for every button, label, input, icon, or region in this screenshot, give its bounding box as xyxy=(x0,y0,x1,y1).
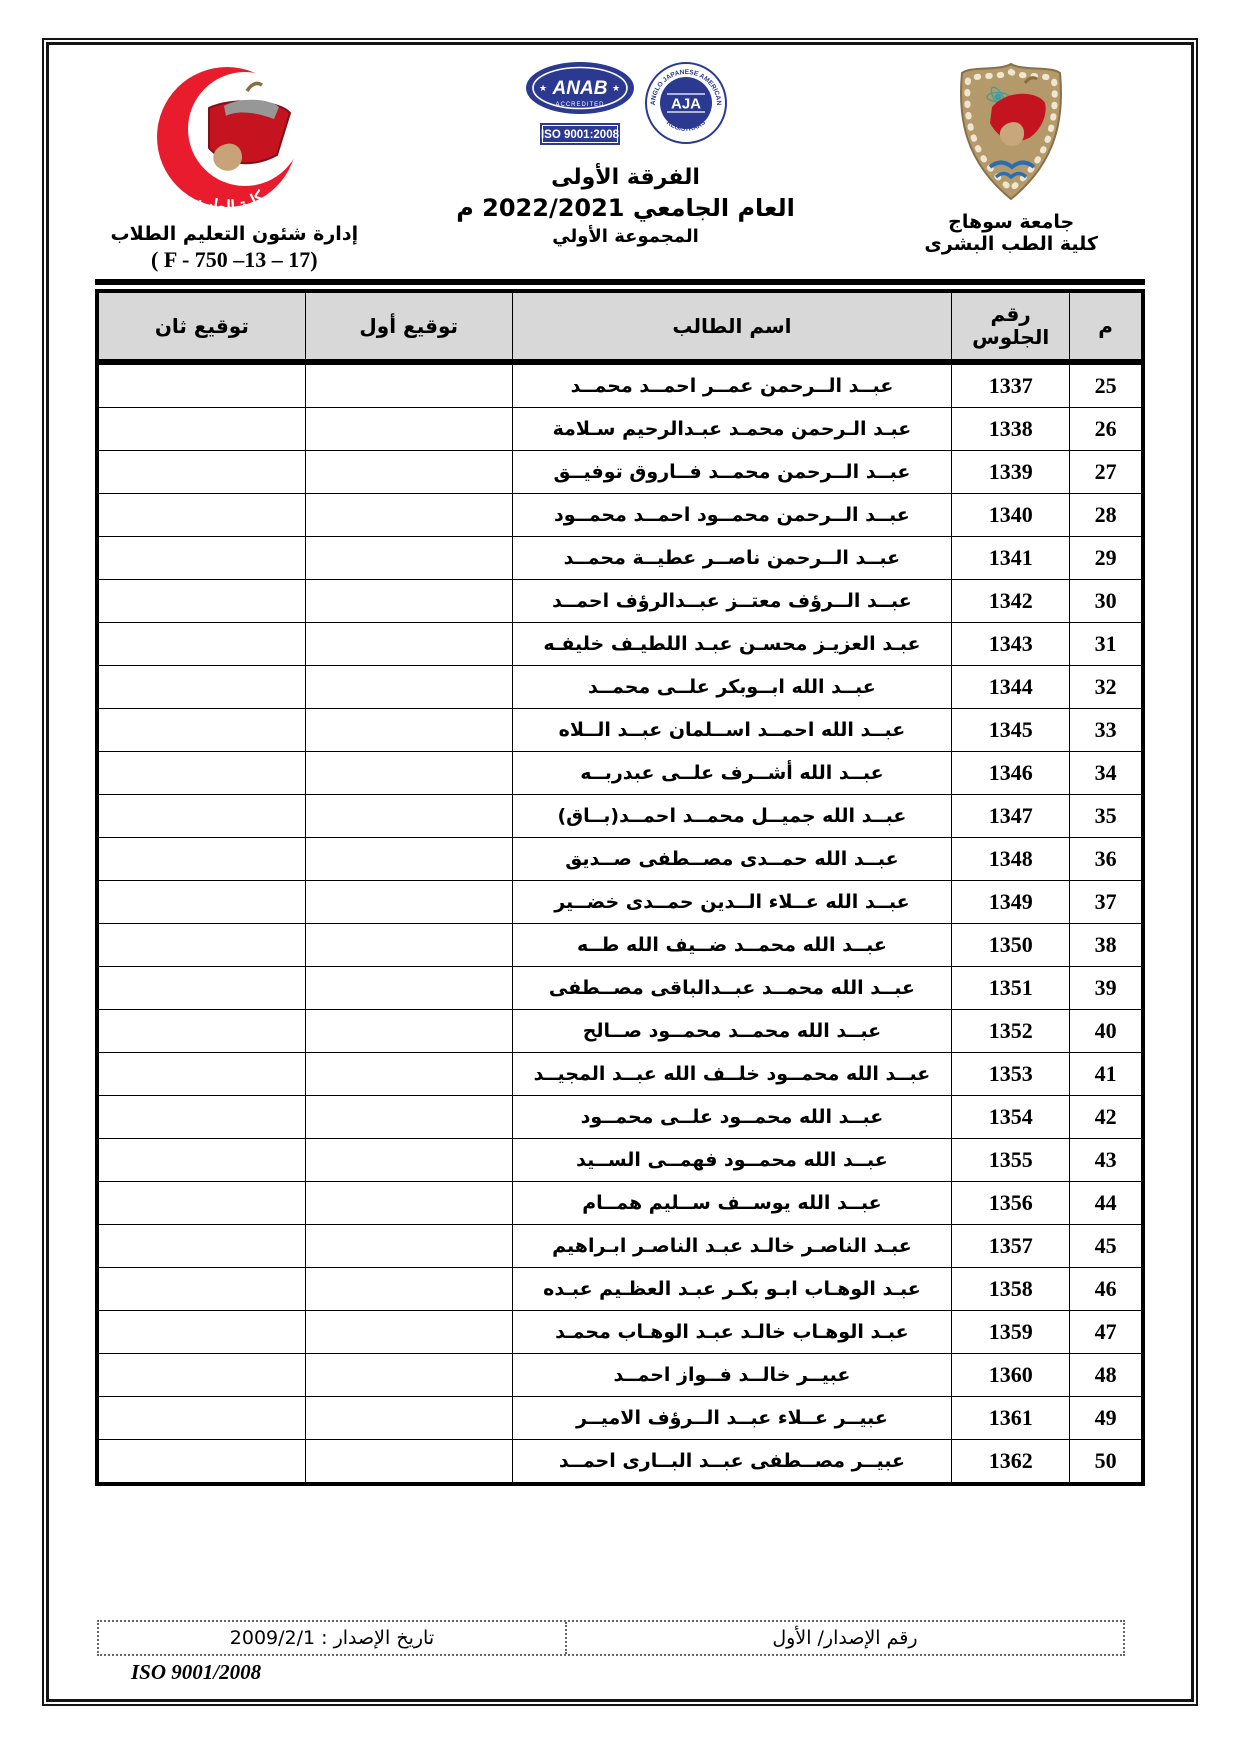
first-signature-cell xyxy=(305,1053,512,1096)
university-name: جامعة سوهاج xyxy=(851,211,1171,233)
first-signature-cell xyxy=(305,1010,512,1053)
student-name-cell: عبــد الله يوســف ســليم همــام xyxy=(512,1182,951,1225)
first-signature-cell xyxy=(305,924,512,967)
seat-number-cell: 1361 xyxy=(952,1397,1070,1440)
first-signature-cell xyxy=(305,451,512,494)
table-row: 381350عبــد الله محمــد ضــيف الله طــه xyxy=(97,924,1143,967)
seat-number-cell: 1358 xyxy=(952,1268,1070,1311)
table-row: 281340عبــد الــرحمن محمــود احمــد محمـ… xyxy=(97,494,1143,537)
table-top-rule xyxy=(95,279,1145,285)
student-name-cell: عبــد الله محمــد عبــدالباقى مصــطفى xyxy=(512,967,951,1010)
row-number-cell: 34 xyxy=(1070,752,1143,795)
first-signature-cell xyxy=(305,1096,512,1139)
student-name-cell: عبـد الوهـاب خالـد عبـد الوهـاب محمـد xyxy=(512,1311,951,1354)
row-number-cell: 33 xyxy=(1070,709,1143,752)
student-name-cell: عبيــر مصــطفى عبــد البــارى احمــد xyxy=(512,1440,951,1485)
row-number-cell: 29 xyxy=(1070,537,1143,580)
group-title: المجموعة الأولي xyxy=(400,226,852,247)
student-name-cell: عبــد الله أشــرف علــى عبدربــه xyxy=(512,752,951,795)
row-number-cell: 25 xyxy=(1070,362,1143,408)
second-signature-cell xyxy=(97,838,305,881)
seat-number-cell: 1350 xyxy=(952,924,1070,967)
first-signature-cell xyxy=(305,666,512,709)
second-signature-cell xyxy=(97,924,305,967)
aja-registrars-logo-icon: ANGLO JAPANESE AMERICAN REGISTRARS AJA xyxy=(644,61,728,145)
first-signature-cell xyxy=(305,881,512,924)
row-number-cell: 35 xyxy=(1070,795,1143,838)
row-number-cell: 42 xyxy=(1070,1096,1143,1139)
seat-number-cell: 1359 xyxy=(952,1311,1070,1354)
row-number-cell: 44 xyxy=(1070,1182,1143,1225)
faculty-crescent-logo-icon: جامعة سوهاج كلية الطب xyxy=(127,61,342,213)
seat-number-cell: 1349 xyxy=(952,881,1070,924)
table-row: 371349عبــد الله عــلاء الــدين حمــدى خ… xyxy=(97,881,1143,924)
second-signature-cell xyxy=(97,408,305,451)
seat-number-cell: 1351 xyxy=(952,967,1070,1010)
row-number-cell: 36 xyxy=(1070,838,1143,881)
first-signature-cell xyxy=(305,1225,512,1268)
issue-info-box: رقم الإصدار/ الأول تاريخ الإصدار : 2009/… xyxy=(97,1620,1125,1656)
student-name-cell: عبـد العزيـز محسـن عبـد اللطيـف خليفـه xyxy=(512,623,951,666)
first-signature-cell xyxy=(305,537,512,580)
second-signature-cell xyxy=(97,580,305,623)
second-signature-cell xyxy=(97,795,305,838)
seat-number-cell: 1357 xyxy=(952,1225,1070,1268)
row-number-cell: 47 xyxy=(1070,1311,1143,1354)
first-signature-cell xyxy=(305,623,512,666)
student-name-cell: عبـد الناصـر خالـد عبـد الناصـر ابـراهيم xyxy=(512,1225,951,1268)
student-name-cell: عبــد الله حمــدى مصــطفى صــديق xyxy=(512,838,951,881)
second-signature-cell xyxy=(97,881,305,924)
table-row: 471359عبـد الوهـاب خالـد عبـد الوهـاب مح… xyxy=(97,1311,1143,1354)
row-number-cell: 26 xyxy=(1070,408,1143,451)
second-signature-cell xyxy=(97,537,305,580)
row-number-cell: 28 xyxy=(1070,494,1143,537)
seat-number-cell: 1345 xyxy=(952,709,1070,752)
table-row: 421354عبــد الله محمــود علــى محمــود xyxy=(97,1096,1143,1139)
student-name-cell: عبـد الـرحمن محمـد عبـدالرحيم سـلامة xyxy=(512,408,951,451)
student-name-cell: عبـد الوهـاب ابـو بكـر عبـد العظـيم عبـد… xyxy=(512,1268,951,1311)
second-signature-cell xyxy=(97,1354,305,1397)
first-signature-cell xyxy=(305,838,512,881)
form-code: ( F - 750 –13 – 17) xyxy=(69,247,400,273)
seat-number-cell: 1340 xyxy=(952,494,1070,537)
seat-number-cell: 1347 xyxy=(952,795,1070,838)
second-signature-cell xyxy=(97,1440,305,1485)
table-row: 491361عبيــر عــلاء عبــد الــرؤف الاميـ… xyxy=(97,1397,1143,1440)
department-name: إدارة شئون التعليم الطلاب xyxy=(69,223,400,245)
first-signature-cell xyxy=(305,1354,512,1397)
student-name-cell: عبــد الــرؤف معتــز عبــدالرؤف احمــد xyxy=(512,580,951,623)
row-number-cell: 30 xyxy=(1070,580,1143,623)
row-number-cell: 37 xyxy=(1070,881,1143,924)
seat-number-cell: 1343 xyxy=(952,623,1070,666)
seat-number-cell: 1352 xyxy=(952,1010,1070,1053)
seat-number-cell: 1356 xyxy=(952,1182,1070,1225)
student-name-cell: عبــد الــرحمن عمــر احمــد محمــد xyxy=(512,362,951,408)
seat-number-cell: 1337 xyxy=(952,362,1070,408)
student-table-body: 251337عبــد الــرحمن عمــر احمــد محمــد… xyxy=(97,362,1143,1484)
second-signature-cell xyxy=(97,1053,305,1096)
issue-number: رقم الإصدار/ الأول xyxy=(565,1622,1123,1654)
table-row: 301342عبــد الــرؤف معتــز عبــدالرؤف اح… xyxy=(97,580,1143,623)
academic-year-title: العام الجامعي 2022/2021 م xyxy=(400,194,852,222)
student-name-cell: عبــد الله محمــود فهمــى الســيد xyxy=(512,1139,951,1182)
first-signature-cell xyxy=(305,1397,512,1440)
second-signature-cell xyxy=(97,451,305,494)
row-number-cell: 50 xyxy=(1070,1440,1143,1485)
second-signature-cell xyxy=(97,752,305,795)
row-number-cell: 46 xyxy=(1070,1268,1143,1311)
table-row: 501362عبيــر مصــطفى عبــد البــارى احمـ… xyxy=(97,1440,1143,1485)
table-row: 321344عبــد الله ابــوبكر علــى محمــد xyxy=(97,666,1143,709)
seat-number-cell: 1355 xyxy=(952,1139,1070,1182)
header-student-name: اسم الطالب xyxy=(512,291,951,362)
svg-text:ACCREDITED: ACCREDITED xyxy=(555,102,604,108)
svg-text:★: ★ xyxy=(539,83,547,93)
table-row: 411353عبــد الله محمــود خلــف الله عبــ… xyxy=(97,1053,1143,1096)
seat-number-cell: 1348 xyxy=(952,838,1070,881)
second-signature-cell xyxy=(97,1311,305,1354)
header-index: م xyxy=(1070,291,1143,362)
page: جامعة سوهاج كلية الطب البشرى ★ ★ ANAB AC… xyxy=(46,42,1194,1702)
svg-text:ISO 9001:2008: ISO 9001:2008 xyxy=(541,129,620,141)
seat-number-cell: 1344 xyxy=(952,666,1070,709)
row-number-cell: 48 xyxy=(1070,1354,1143,1397)
first-signature-cell xyxy=(305,967,512,1010)
second-signature-cell xyxy=(97,494,305,537)
seat-number-cell: 1362 xyxy=(952,1440,1070,1485)
second-signature-cell xyxy=(97,1397,305,1440)
student-name-cell: عبــد الــرحمن محمــد فــاروق توفيــق xyxy=(512,451,951,494)
page-border: جامعة سوهاج كلية الطب البشرى ★ ★ ANAB AC… xyxy=(42,38,1198,1706)
sohag-university-shield-icon xyxy=(952,61,1070,203)
svg-text:ANAB: ANAB xyxy=(551,78,607,99)
seat-number-cell: 1353 xyxy=(952,1053,1070,1096)
header-first-signature: توقيع أول xyxy=(305,291,512,362)
table-row: 441356عبــد الله يوســف ســليم همــام xyxy=(97,1182,1143,1225)
first-signature-cell xyxy=(305,1311,512,1354)
second-signature-cell xyxy=(97,623,305,666)
page-footer: رقم الإصدار/ الأول تاريخ الإصدار : 2009/… xyxy=(97,1620,1125,1685)
table-row: 361348عبــد الله حمــدى مصــطفى صــديق xyxy=(97,838,1143,881)
student-name-cell: عبــد الــرحمن ناصــر عطيــة محمــد xyxy=(512,537,951,580)
faculty-name: كلية الطب البشرى xyxy=(851,233,1171,255)
second-signature-cell xyxy=(97,967,305,1010)
page-header: جامعة سوهاج كلية الطب البشرى ★ ★ ANAB AC… xyxy=(49,45,1191,273)
row-number-cell: 45 xyxy=(1070,1225,1143,1268)
student-name-cell: عبــد الله احمــد اســلمان عبــد الــلاه xyxy=(512,709,951,752)
seat-number-cell: 1342 xyxy=(952,580,1070,623)
seat-number-cell: 1338 xyxy=(952,408,1070,451)
header-center-block: ★ ★ ANAB ACCREDITED ISO 9001:2008 xyxy=(400,61,852,247)
first-signature-cell xyxy=(305,1440,512,1485)
second-signature-cell xyxy=(97,709,305,752)
first-signature-cell xyxy=(305,494,512,537)
seat-number-cell: 1360 xyxy=(952,1354,1070,1397)
second-signature-cell xyxy=(97,1010,305,1053)
first-signature-cell xyxy=(305,752,512,795)
svg-text:AJA: AJA xyxy=(671,96,701,113)
table-row: 351347عبــد الله جميــل محمــد احمــد(بـ… xyxy=(97,795,1143,838)
second-signature-cell xyxy=(97,1182,305,1225)
first-signature-cell xyxy=(305,1268,512,1311)
first-signature-cell xyxy=(305,1182,512,1225)
row-number-cell: 39 xyxy=(1070,967,1143,1010)
table-row: 251337عبــد الــرحمن عمــر احمــد محمــد xyxy=(97,362,1143,408)
first-signature-cell xyxy=(305,362,512,408)
table-row: 341346عبــد الله أشــرف علــى عبدربــه xyxy=(97,752,1143,795)
first-signature-cell xyxy=(305,795,512,838)
table-row: 331345عبــد الله احمــد اســلمان عبــد ا… xyxy=(97,709,1143,752)
table-row: 461358عبـد الوهـاب ابـو بكـر عبـد العظـي… xyxy=(97,1268,1143,1311)
second-signature-cell xyxy=(97,1139,305,1182)
student-name-cell: عبــد الله محمــد ضــيف الله طــه xyxy=(512,924,951,967)
header-seat-number: رقم الجلوس xyxy=(952,291,1070,362)
student-name-cell: عبيــر عــلاء عبــد الــرؤف الاميــر xyxy=(512,1397,951,1440)
student-name-cell: عبــد الله ابــوبكر علــى محمــد xyxy=(512,666,951,709)
second-signature-cell xyxy=(97,1096,305,1139)
iso-standard-label: ISO 9001/2008 xyxy=(131,1660,1125,1685)
row-number-cell: 40 xyxy=(1070,1010,1143,1053)
first-signature-cell xyxy=(305,408,512,451)
issue-date: تاريخ الإصدار : 2009/2/1 xyxy=(99,1622,565,1654)
student-list-table: م رقم الجلوس اسم الطالب توقيع أول توقيع … xyxy=(95,289,1145,1486)
header-second-signature: توقيع ثان xyxy=(97,291,305,362)
student-name-cell: عبــد الله جميــل محمــد احمــد(بــاق) xyxy=(512,795,951,838)
first-signature-cell xyxy=(305,580,512,623)
row-number-cell: 38 xyxy=(1070,924,1143,967)
student-name-cell: عبــد الله عــلاء الــدين حمــدى خضــير xyxy=(512,881,951,924)
table-row: 391351عبــد الله محمــد عبــدالباقى مصــ… xyxy=(97,967,1143,1010)
row-number-cell: 43 xyxy=(1070,1139,1143,1182)
table-header: م رقم الجلوس اسم الطالب توقيع أول توقيع … xyxy=(97,291,1143,362)
second-signature-cell xyxy=(97,666,305,709)
department-block: جامعة سوهاج كلية الطب إدارة شئون التعليم… xyxy=(69,61,400,273)
student-name-cell: عبــد الله محمــود علــى محمــود xyxy=(512,1096,951,1139)
student-name-cell: عبيــر خالــد فــواز احمــد xyxy=(512,1354,951,1397)
first-signature-cell xyxy=(305,709,512,752)
grade-title: الفرقة الأولى xyxy=(400,165,852,190)
first-signature-cell xyxy=(305,1139,512,1182)
svg-text:★: ★ xyxy=(612,83,620,93)
anab-logo-icon: ★ ★ ANAB ACCREDITED ISO 9001:2008 xyxy=(524,61,636,155)
row-number-cell: 31 xyxy=(1070,623,1143,666)
seat-number-cell: 1346 xyxy=(952,752,1070,795)
row-number-cell: 41 xyxy=(1070,1053,1143,1096)
seat-number-cell: 1339 xyxy=(952,451,1070,494)
second-signature-cell xyxy=(97,1268,305,1311)
student-name-cell: عبــد الــرحمن محمــود احمــد محمــود xyxy=(512,494,951,537)
table-row: 261338عبـد الـرحمن محمـد عبـدالرحيم سـلا… xyxy=(97,408,1143,451)
student-name-cell: عبــد الله محمــد محمــود صــالح xyxy=(512,1010,951,1053)
university-block: جامعة سوهاج كلية الطب البشرى xyxy=(851,61,1171,255)
table-row: 451357عبـد الناصـر خالـد عبـد الناصـر اب… xyxy=(97,1225,1143,1268)
row-number-cell: 27 xyxy=(1070,451,1143,494)
seat-number-cell: 1354 xyxy=(952,1096,1070,1139)
row-number-cell: 32 xyxy=(1070,666,1143,709)
row-number-cell: 49 xyxy=(1070,1397,1143,1440)
seat-number-cell: 1341 xyxy=(952,537,1070,580)
table-row: 401352عبــد الله محمــد محمــود صــالح xyxy=(97,1010,1143,1053)
certification-logos: ★ ★ ANAB ACCREDITED ISO 9001:2008 xyxy=(400,61,852,155)
table-row: 311343عبـد العزيـز محسـن عبـد اللطيـف خل… xyxy=(97,623,1143,666)
table-row: 271339عبــد الــرحمن محمــد فــاروق توفي… xyxy=(97,451,1143,494)
table-row: 291341عبــد الــرحمن ناصــر عطيــة محمــ… xyxy=(97,537,1143,580)
table-row: 431355عبــد الله محمــود فهمــى الســيد xyxy=(97,1139,1143,1182)
second-signature-cell xyxy=(97,362,305,408)
student-name-cell: عبــد الله محمــود خلــف الله عبــد المج… xyxy=(512,1053,951,1096)
table-row: 481360عبيــر خالــد فــواز احمــد xyxy=(97,1354,1143,1397)
second-signature-cell xyxy=(97,1225,305,1268)
